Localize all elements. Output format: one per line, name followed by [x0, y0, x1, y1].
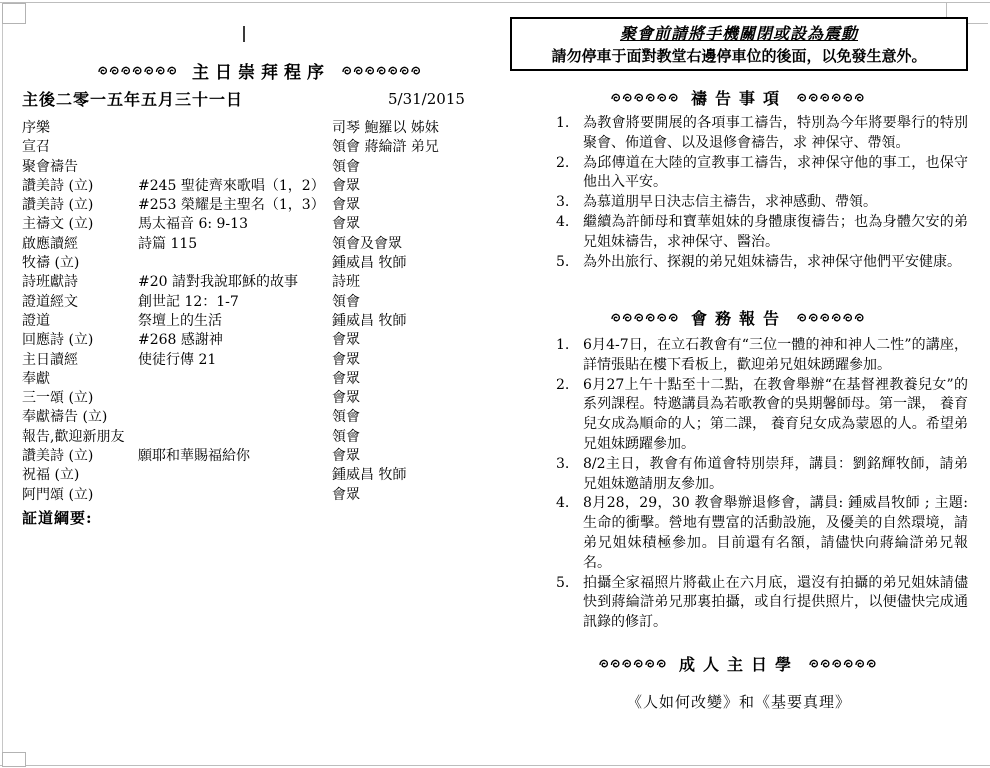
- sunday-school-section-title: 成人主日學: [679, 652, 799, 675]
- program-detail-cell: 創世記 12：1-7: [138, 293, 332, 312]
- date-numeric: 5/31/2015: [388, 90, 465, 108]
- program-item-cell: 聚會禱告: [22, 158, 138, 177]
- list-item-number: 5.: [556, 574, 583, 633]
- list-item-text: 為教會將要開展的各項事工禱告，特別為今年將要舉行的特別聚會、佈道會、以及退修會禱…: [583, 114, 968, 154]
- list-item-text: 8月28，29，30 教會舉辦退修會，講員: 鍾威昌牧師 ; 主題: 生命的衝擊…: [583, 494, 968, 573]
- program-leader-cell: 會眾: [332, 486, 500, 505]
- program-item-cell: 奉獻禱告 (立): [22, 408, 138, 427]
- program-leader-cell: 會眾: [332, 370, 500, 389]
- prayer-list-item: 2. 為邱傳道在大陸的宣教事工禱告，求神保守他的事工，也保守他出入平安。: [556, 154, 968, 194]
- margin-mark-bottom-left: [2, 752, 26, 767]
- sunday-school-books: 《人如何改變》和《基要真理》: [510, 691, 968, 712]
- prayer-section-title: 禱告事項: [691, 86, 787, 109]
- report-list-item: 5. 拍攝全家福照片將截止在六月底，還沒有拍攝的弟兄姐妹請儘快到蔣綸滸弟兄那裏拍…: [556, 574, 968, 633]
- list-item-number: 3.: [556, 193, 583, 213]
- worship-program-table: 序樂 司琴 鮑羅以 姊妹 宣召 領會 蔣綸滸 弟兄 聚會禱告 領會 讚美詩 (立…: [22, 119, 500, 505]
- program-item-cell: 阿門頌 (立): [22, 486, 138, 505]
- program-item-cell: 序樂: [22, 119, 138, 138]
- list-item-text: 為慕道朋早日決志信主禱告，求神感動、帶領。: [583, 193, 968, 213]
- list-item-number: 4.: [556, 494, 583, 573]
- ornament-icon: [797, 312, 867, 323]
- program-detail-cell: [138, 466, 332, 485]
- page-boundary-left: [2, 2, 3, 765]
- report-list-item: 2. 6月27上午十點至十二點，在教會舉辦“在基督裡教養兒女”的系列課程。特邀講…: [556, 376, 968, 455]
- prayer-list-item: 4. 繼續為許師母和寶華姐妹的身體康復禱告；也為身體欠安的弟兄姐妹禱告，求神保守…: [556, 213, 968, 253]
- prayer-list-item: 3. 為慕道朋早日決志信主禱告，求神感動、帶領。: [556, 193, 968, 213]
- page-boundary-top: [0, 2, 990, 3]
- program-leader-cell: 會眾: [332, 389, 500, 408]
- list-item-number: 4.: [556, 213, 583, 253]
- program-item-cell: 讚美詩 (立): [22, 447, 138, 466]
- program-leader-cell: 鍾威昌 牧師: [332, 466, 500, 485]
- list-item-number: 1.: [556, 114, 583, 154]
- program-detail-cell: [138, 486, 332, 505]
- program-item-cell: 祝福 (立): [22, 466, 138, 485]
- report-list-item: 3. 8/2主日，教會有佈道會特別崇拜，講員：劉銘輝牧師，請弟兄姐妹邀請朋友參加…: [556, 455, 968, 495]
- program-leader-cell: 會眾: [332, 447, 500, 466]
- list-item-number: 3.: [556, 455, 583, 495]
- program-item-cell: 啟應讀經: [22, 235, 138, 254]
- report-list: 1. 6月4-7日，在立石教會有“三位一體的神和神人二性”的講座，詳情張貼在樓下…: [556, 336, 968, 633]
- program-detail-cell: [138, 389, 332, 408]
- report-list-item: 4. 8月28，29，30 教會舉辦退修會，講員: 鍾威昌牧師 ; 主題: 生命…: [556, 494, 968, 573]
- program-detail-cell: [138, 254, 332, 273]
- program-item-cell: 報告,歡迎新朋友: [22, 428, 138, 447]
- program-leader-cell: 領會 蔣綸滸 弟兄: [332, 138, 500, 157]
- program-leader-cell: 領會: [332, 293, 500, 312]
- program-item-cell: 三一頌 (立): [22, 389, 138, 408]
- program-leader-cell: 會眾: [332, 196, 500, 215]
- program-detail-cell: [138, 370, 332, 389]
- notice-line-phones: 聚會前請將手機關閉或設為震動: [512, 21, 966, 44]
- program-leader-cell: 領會: [332, 158, 500, 177]
- program-detail-cell: #245 聖徒齊來歌唱（1，2）: [138, 177, 332, 196]
- program-leader-cell: 司琴 鮑羅以 姊妹: [332, 119, 500, 138]
- program-leader-cell: 領會: [332, 408, 500, 427]
- program-leader-cell: 詩班: [332, 273, 500, 292]
- program-detail-cell: [138, 158, 332, 177]
- program-detail-cell: #268 感謝神: [138, 331, 332, 350]
- program-detail-cell: 祭壇上的生活: [138, 312, 332, 331]
- report-section-header: 會務報告: [510, 306, 968, 329]
- ornament-icon: [342, 65, 424, 76]
- margin-mark-top-left: [2, 3, 26, 24]
- text-cursor: [243, 26, 245, 42]
- program-detail-cell: 馬太福音 6: 9-13: [138, 215, 332, 234]
- notice-box: 聚會前請將手機關閉或設為震動 請勿停車于面對教堂右邊停車位的後面，以免發生意外。: [510, 17, 968, 71]
- ornament-icon: [611, 92, 681, 103]
- program-detail-cell: [138, 119, 332, 138]
- program-detail-cell: 願耶和華賜福給你: [138, 447, 332, 466]
- bulletin-document: { "ornament_icon": "floral-chain-ornamen…: [0, 0, 990, 768]
- list-item-text: 繼續為許師母和寶華姐妹的身體康復禱告；也為身體欠安的弟兄姐妹禱告，求神保守、醫治…: [583, 213, 968, 253]
- prayer-list-item: 1. 為教會將要開展的各項事工禱告，特別為今年將要舉行的特別聚會、佈道會、以及退…: [556, 114, 968, 154]
- ornament-icon: [599, 658, 669, 669]
- list-item-number: 5.: [556, 253, 583, 273]
- ornament-icon: [98, 65, 180, 76]
- list-item-text: 8/2主日，教會有佈道會特別崇拜，講員：劉銘輝牧師，請弟兄姐妹邀請朋友參加。: [583, 455, 968, 495]
- program-leader-cell: 會眾: [332, 331, 500, 350]
- program-item-cell: 回應詩 (立): [22, 331, 138, 350]
- program-detail-cell: [138, 428, 332, 447]
- program-item-cell: 詩班獻詩: [22, 273, 138, 292]
- page-boundary-bottom: [0, 765, 990, 766]
- list-item-text: 為外出旅行、探親的弟兄姐妹禱告，求神保守他們平安健康。: [583, 253, 968, 273]
- program-item-cell: 牧禱 (立): [22, 254, 138, 273]
- list-item-text: 6月4-7日，在立石教會有“三位一體的神和神人二性”的講座，詳情張貼在樓下看板上…: [583, 336, 968, 376]
- program-detail-cell: [138, 408, 332, 427]
- program-item-cell: 奉獻: [22, 370, 138, 389]
- sermon-outline-label: 証道綱要:: [22, 507, 93, 528]
- program-leader-cell: 會眾: [332, 351, 500, 370]
- notice-line-parking: 請勿停車于面對教堂右邊停車位的後面，以免發生意外。: [512, 45, 966, 66]
- program-item-cell: 讚美詩 (立): [22, 177, 138, 196]
- prayer-list: 1. 為教會將要開展的各項事工禱告，特別為今年將要舉行的特別聚會、佈道會、以及退…: [556, 114, 968, 272]
- program-item-cell: 主日讀經: [22, 351, 138, 370]
- program-detail-cell: 詩篇 115: [138, 235, 332, 254]
- list-item-text: 拍攝全家福照片將截止在六月底，還沒有拍攝的弟兄姐妹請儘快到蔣綸滸弟兄那裏拍攝，或…: [583, 574, 968, 633]
- report-section-title: 會務報告: [691, 306, 787, 329]
- prayer-section-header: 禱告事項: [510, 86, 968, 109]
- program-leader-cell: 領會及會眾: [332, 235, 500, 254]
- program-detail-cell: #20 請對我說耶穌的故事: [138, 273, 332, 292]
- date-chinese: 主後二零一五年五月三十一日: [22, 87, 243, 110]
- program-leader-cell: 會眾: [332, 215, 500, 234]
- program-detail-cell: #253 榮耀是主聖名（1，3）: [138, 196, 332, 215]
- program-item-cell: 證道經文: [22, 293, 138, 312]
- program-item-cell: 讚美詩 (立): [22, 196, 138, 215]
- program-item-cell: 證道: [22, 312, 138, 331]
- sunday-school-section-header: 成人主日學: [510, 652, 968, 675]
- program-leader-cell: 會眾: [332, 177, 500, 196]
- program-detail-cell: 使徒行傳 21: [138, 351, 332, 370]
- ornament-icon: [611, 312, 681, 323]
- list-item-text: 6月27上午十點至十二點，在教會舉辦“在基督裡教養兒女”的系列課程。特邀講員為若…: [583, 376, 968, 455]
- program-detail-cell: [138, 138, 332, 157]
- worship-order-title: 主日崇拜程序: [192, 58, 330, 83]
- program-item-cell: 宣召: [22, 138, 138, 157]
- ornament-icon: [809, 658, 879, 669]
- worship-order-title-row: 主日崇拜程序: [22, 58, 500, 83]
- ornament-icon: [797, 92, 867, 103]
- prayer-list-item: 5. 為外出旅行、探親的弟兄姐妹禱告，求神保守他們平安健康。: [556, 253, 968, 273]
- program-leader-cell: 鍾威昌 牧師: [332, 254, 500, 273]
- list-item-number: 2.: [556, 376, 583, 455]
- list-item-number: 2.: [556, 154, 583, 194]
- program-leader-cell: 領會: [332, 428, 500, 447]
- list-item-text: 為邱傳道在大陸的宣教事工禱告，求神保守他的事工，也保守他出入平安。: [583, 154, 968, 194]
- list-item-number: 1.: [556, 336, 583, 376]
- program-leader-cell: 鍾威昌 牧師: [332, 312, 500, 331]
- program-item-cell: 主禱文 (立): [22, 215, 138, 234]
- report-list-item: 1. 6月4-7日，在立石教會有“三位一體的神和神人二性”的講座，詳情張貼在樓下…: [556, 336, 968, 376]
